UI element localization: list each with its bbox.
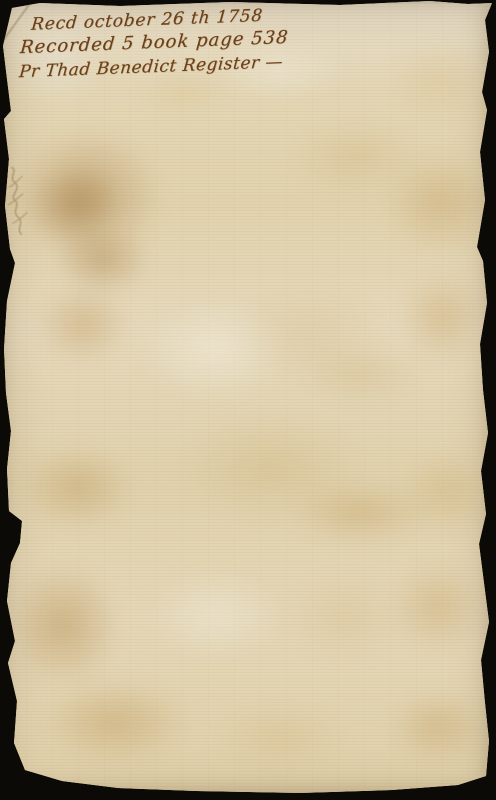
stain xyxy=(290,480,430,545)
bleedthrough-text-shadow xyxy=(0,135,95,195)
stain xyxy=(390,40,485,120)
docket-annotation: Recd october 26 th 1758 Recorded 5 book … xyxy=(19,5,290,82)
paper-stains-layer xyxy=(0,0,496,800)
stain xyxy=(290,120,420,195)
stain xyxy=(215,705,345,770)
fold-creases-layer xyxy=(0,0,496,800)
creases-layer xyxy=(0,0,496,800)
paper-edge-shading xyxy=(0,0,496,800)
stain xyxy=(390,690,485,765)
stain xyxy=(5,565,120,685)
stain xyxy=(30,165,120,245)
stain xyxy=(20,445,135,530)
stain xyxy=(385,150,495,255)
specks-layer xyxy=(0,0,496,800)
bleedthrough-writing xyxy=(0,139,61,249)
stain xyxy=(55,225,150,295)
stain xyxy=(12,128,162,263)
stain xyxy=(280,575,410,660)
stain xyxy=(180,415,360,520)
stain xyxy=(390,560,485,655)
stain xyxy=(235,285,385,380)
stain xyxy=(140,300,290,400)
stain xyxy=(40,680,190,765)
stain xyxy=(150,570,280,660)
manuscript-paper: Recd october 26 th 1758 Recorded 5 book … xyxy=(0,0,496,800)
stain xyxy=(400,270,485,365)
scan-background: Recd october 26 th 1758 Recorded 5 book … xyxy=(0,0,496,800)
bleedthrough-text-shadow xyxy=(0,195,75,250)
stain xyxy=(35,285,130,365)
bleedthrough-layer xyxy=(0,0,496,800)
stain xyxy=(300,345,420,405)
stain xyxy=(400,450,490,535)
